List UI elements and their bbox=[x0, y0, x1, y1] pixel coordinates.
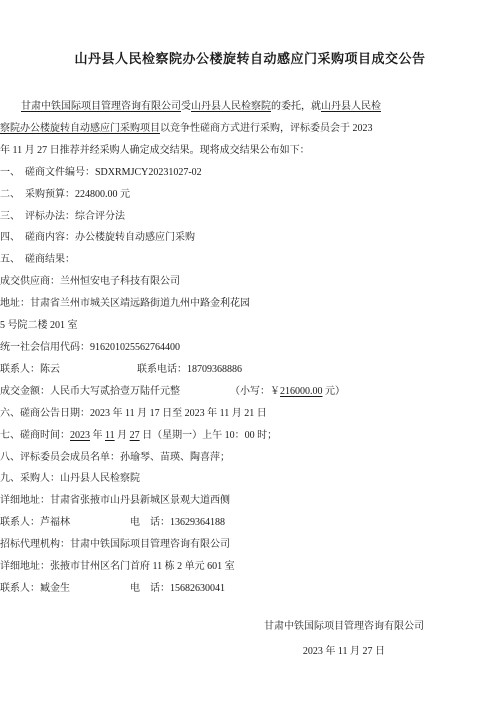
list-item-label: 磋商结果： bbox=[25, 254, 75, 265]
intro-project-name-start: 山丹县人民检 bbox=[321, 101, 381, 112]
phone-number: 15682630041 bbox=[170, 583, 225, 594]
list-item-5: 五、磋商结果： bbox=[0, 249, 500, 271]
list-item-number: 六、 bbox=[0, 408, 20, 419]
list-item-label: 评标办法： bbox=[25, 211, 75, 222]
signature-date: 2023 年 11 月 27 日 bbox=[264, 639, 424, 664]
list-item-label: 磋商内容： bbox=[25, 232, 75, 243]
amount-paren-close: 元） bbox=[323, 386, 346, 397]
announce-date-label: 磋商公告日期： bbox=[20, 408, 90, 419]
meeting-day: 27 bbox=[130, 430, 140, 441]
list-item-number: 二、 bbox=[0, 184, 25, 206]
list-item-number: 四、 bbox=[0, 227, 25, 249]
phone-number: 13629364188 bbox=[170, 517, 225, 528]
purchaser-label: 采购人： bbox=[20, 473, 60, 484]
document-body: 甘肃中铁国际项目管理咨询有限公司受山丹县人民检察院的委托，就山丹县人民检 察院办… bbox=[0, 96, 500, 600]
phone-label: 电 话： bbox=[130, 583, 170, 594]
list-item-value: 224800.00 元 bbox=[75, 189, 130, 200]
list-item-9: 九、采购人：山丹县人民检察院 bbox=[0, 468, 500, 490]
phone-label: 联系电话： bbox=[137, 364, 187, 375]
contact-label: 联系人： bbox=[0, 517, 40, 528]
amount-number: 216000.00 bbox=[280, 386, 323, 397]
meeting-month: 11 bbox=[105, 430, 115, 441]
list-item-label: 采购预算： bbox=[25, 189, 75, 200]
list-item-label: 磋商文件编号： bbox=[25, 167, 95, 178]
intro-line-3: 年 11 月 27 日推荐并经采购人确定成交结果。现将成交结果公布如下： bbox=[0, 140, 500, 162]
purchaser-name: 山丹县人民检察院 bbox=[60, 473, 140, 484]
list-item-number: 七、 bbox=[0, 430, 20, 441]
detail-address-label: 详细地址： bbox=[0, 561, 50, 572]
list-item-7: 七、磋商时间：2023 年 11 月 27 日（星期一）上午 10：00 时； bbox=[0, 425, 500, 447]
announce-date-value: 2023 年 11 月 17 日至 2023 年 11 月 21 日 bbox=[90, 408, 267, 419]
list-item-value: SDXRMJCY20231027-02 bbox=[95, 167, 202, 178]
detail-address-label: 详细地址： bbox=[0, 495, 50, 506]
list-item-value: 综合评分法 bbox=[75, 211, 125, 222]
intro-text: 的委托，就 bbox=[271, 101, 321, 112]
list-item-4: 四、磋商内容：办公楼旋转自动感应门采购 bbox=[0, 227, 500, 249]
list-item-number: 八、 bbox=[0, 452, 20, 463]
signature-block: 甘肃中铁国际项目管理咨询有限公司 2023 年 11 月 27 日 bbox=[264, 614, 424, 664]
list-item-3: 三、评标办法：综合评分法 bbox=[0, 206, 500, 228]
list-item-number: 一、 bbox=[0, 162, 25, 184]
contact-label: 联系人： bbox=[0, 364, 40, 375]
meeting-time-rest: 日（星期一）上午 10：00 时； bbox=[140, 430, 278, 441]
contact-cell: 联系人：臧金生 bbox=[0, 578, 130, 600]
meeting-time-sep: 年 bbox=[90, 430, 105, 441]
list-item-8: 八、评标委员会成员名单：孙瑜琴、苗瑛、陶喜萍； bbox=[0, 447, 500, 469]
contact-cell: 联系人：陈云 bbox=[0, 359, 137, 381]
supplier-row: 成交供应商：兰州恒安电子科技有限公司 bbox=[0, 271, 500, 293]
committee-members: 孙瑜琴、苗瑛、陶喜萍； bbox=[120, 452, 230, 463]
intro-text: 以竞争性磋商方式进行采购，评标委员会于 2023 bbox=[160, 123, 373, 134]
list-item-value: 办公楼旋转自动感应门采购 bbox=[75, 232, 195, 243]
supplier-contact-row: 联系人：陈云联系电话：18709368886 bbox=[0, 359, 500, 381]
credit-code-row: 统一社会信用代码：916201025562764400 bbox=[0, 337, 500, 359]
intro-line-1: 甘肃中铁国际项目管理咨询有限公司受山丹县人民检察院的委托，就山丹县人民检 bbox=[0, 96, 500, 118]
supplier-name: 兰州恒安电子科技有限公司 bbox=[60, 276, 180, 287]
signature-company: 甘肃中铁国际项目管理咨询有限公司 bbox=[264, 614, 424, 639]
agent-contact-row: 联系人：臧金生电 话：15682630041 bbox=[0, 578, 500, 600]
contact-label: 联系人： bbox=[0, 583, 40, 594]
meeting-time-sep: 月 bbox=[115, 430, 130, 441]
phone-number: 18709368886 bbox=[187, 364, 242, 375]
amount-row: 成交金额：人民币大写贰拾壹万陆仟元整（小写：￥216000.00 元） bbox=[0, 381, 500, 403]
document-title: 山丹县人民检察院办公楼旋转自动感应门采购项目成交公告 bbox=[0, 0, 500, 68]
agent-label: 招标代理机构： bbox=[0, 539, 70, 550]
intro-agency-name: 甘肃中铁国际项目管理咨询有限公司 bbox=[21, 101, 181, 112]
contact-cell: 联系人：芦福林 bbox=[0, 512, 130, 534]
detail-address-value: 甘肃省张掖市山丹县新城区景观大道西侧 bbox=[50, 495, 230, 506]
intro-client-name: 山丹县人民检察院 bbox=[191, 101, 271, 112]
list-item-2: 二、采购预算：224800.00 元 bbox=[0, 184, 500, 206]
contact-name: 芦福林 bbox=[40, 517, 70, 528]
purchaser-address-row: 详细地址：甘肃省张掖市山丹县新城区景观大道西侧 bbox=[0, 490, 500, 512]
committee-label: 评标委员会成员名单： bbox=[20, 452, 120, 463]
agent-name: 甘肃中铁国际项目管理咨询有限公司 bbox=[70, 539, 230, 550]
credit-code-value: 916201025562764400 bbox=[90, 342, 180, 353]
supplier-address-row-2: 5 号院二楼 201 室 bbox=[0, 315, 500, 337]
detail-address-value: 张掖市甘州区名门首府 11 栋 2 单元 601 室 bbox=[50, 561, 235, 572]
supplier-address-row: 地址：甘肃省兰州市城关区靖远路街道九州中路金利花园 bbox=[0, 293, 500, 315]
amount-paren-open: （小写：￥ bbox=[230, 386, 280, 397]
meeting-year: 2023 bbox=[70, 430, 90, 441]
phone-label: 电 话： bbox=[130, 517, 170, 528]
intro-project-name-end: 察院办公楼旋转自动感应门采购项目 bbox=[0, 123, 160, 134]
intro-text: 受 bbox=[181, 101, 191, 112]
document-page: 山丹县人民检察院办公楼旋转自动感应门采购项目成交公告 甘肃中铁国际项目管理咨询有… bbox=[0, 0, 500, 706]
meeting-time-label: 磋商时间： bbox=[20, 430, 70, 441]
amount-cell: 成交金额：人民币大写贰拾壹万陆仟元整 bbox=[0, 381, 230, 403]
list-item-number: 三、 bbox=[0, 206, 25, 228]
contact-name: 陈云 bbox=[40, 364, 60, 375]
list-item-number: 九、 bbox=[0, 473, 20, 484]
credit-code-label: 统一社会信用代码： bbox=[0, 342, 90, 353]
list-item-number: 五、 bbox=[0, 249, 25, 271]
amount-label: 成交金额： bbox=[0, 386, 50, 397]
supplier-label: 成交供应商： bbox=[0, 276, 60, 287]
contact-name: 臧金生 bbox=[40, 583, 70, 594]
list-item-1: 一、磋商文件编号：SDXRMJCY20231027-02 bbox=[0, 162, 500, 184]
purchaser-contact-row: 联系人：芦福林电 话：13629364188 bbox=[0, 512, 500, 534]
agent-row: 招标代理机构：甘肃中铁国际项目管理咨询有限公司 bbox=[0, 534, 500, 556]
amount-in-words: 人民币大写贰拾壹万陆仟元整 bbox=[50, 386, 180, 397]
address-value: 甘肃省兰州市城关区靖远路街道九州中路金利花园 bbox=[30, 298, 250, 309]
address-label: 地址： bbox=[0, 298, 30, 309]
agent-address-row: 详细地址：张掖市甘州区名门首府 11 栋 2 单元 601 室 bbox=[0, 556, 500, 578]
list-item-6: 六、磋商公告日期：2023 年 11 月 17 日至 2023 年 11 月 2… bbox=[0, 403, 500, 425]
intro-line-2: 察院办公楼旋转自动感应门采购项目以竞争性磋商方式进行采购，评标委员会于 2023 bbox=[0, 118, 500, 140]
